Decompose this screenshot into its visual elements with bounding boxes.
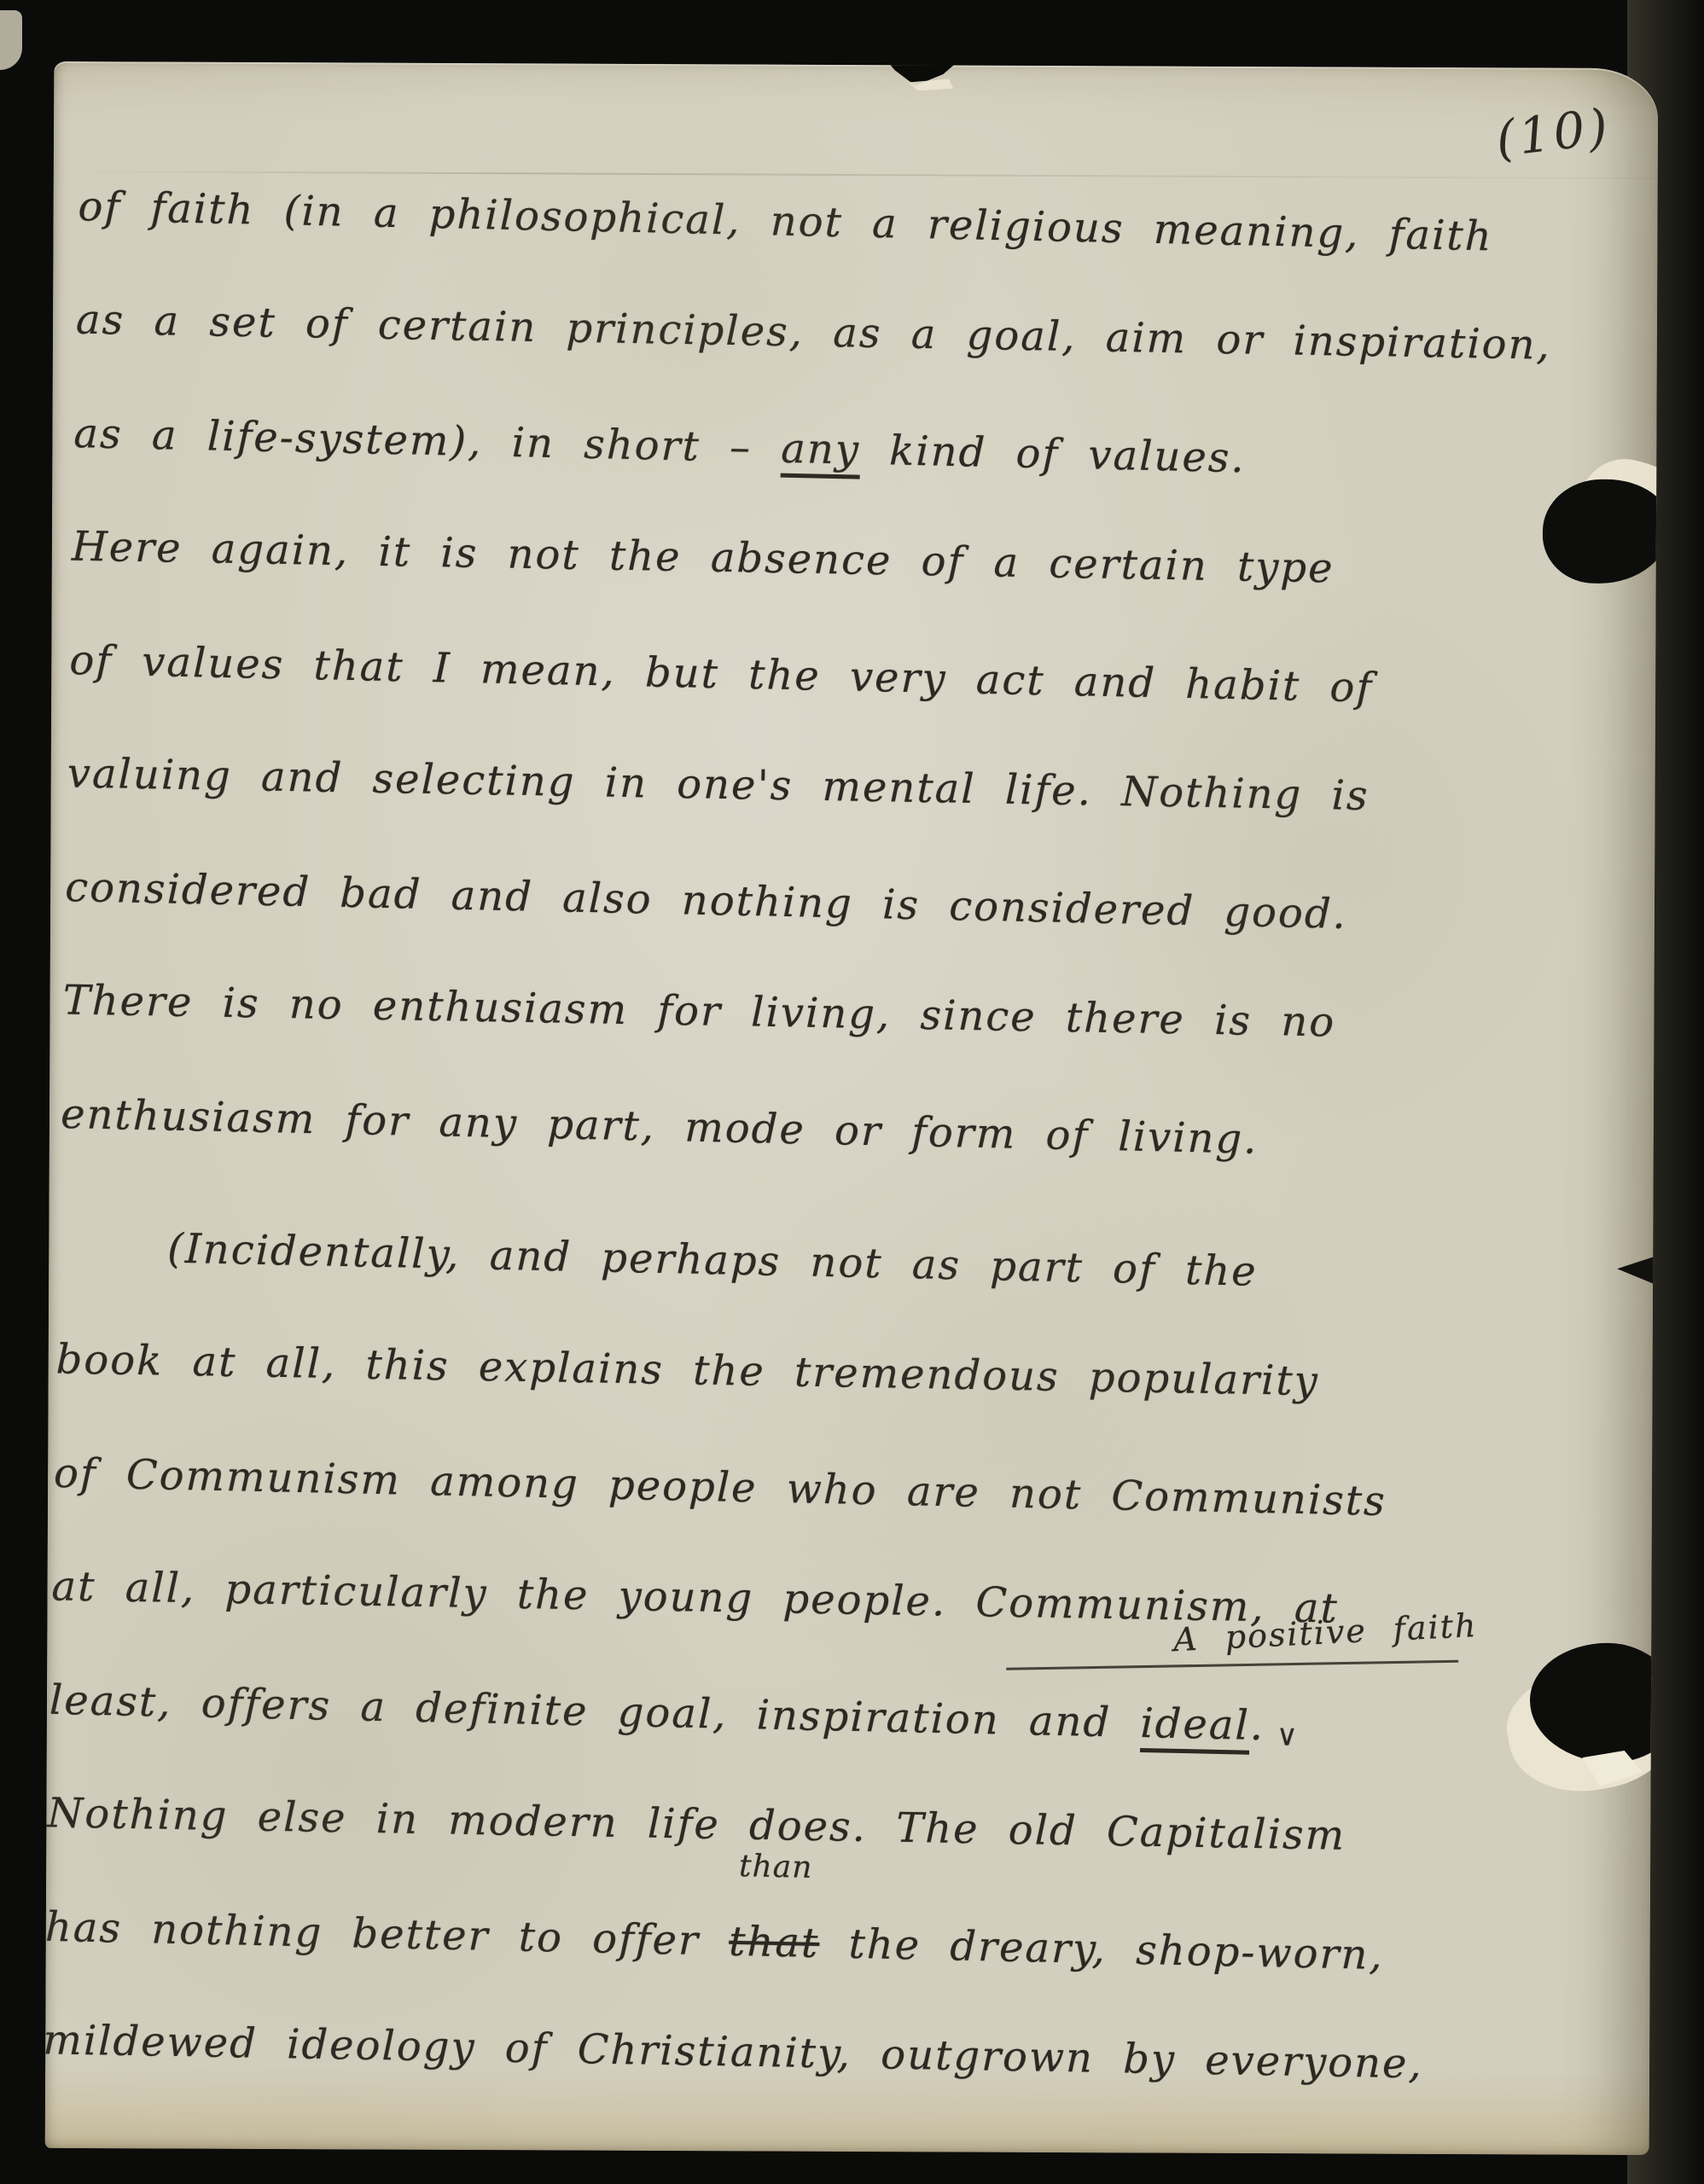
text-segment: the dreary, shop-worn, [819,1920,1385,1979]
text-segment: There is no enthusiasm for living, since… [62,976,1335,1046]
text-segment: of faith (in a philosophical, not a reli… [78,183,1493,260]
inserted-word: than [739,1851,813,1884]
text-segment: least, offers a definite goal, inspirati… [49,1676,1141,1747]
text-segment: Here again, it is not the absence of a c… [71,523,1335,593]
text-segment: kind of values. [859,427,1246,483]
insertion-caret: ∨ [1276,1718,1300,1753]
underlined-word: any [781,425,861,479]
text-segment: at all, particularly the young people. C… [51,1562,1339,1632]
text-segment: book at all, this explains the tremendou… [55,1335,1319,1405]
adjacent-page-sliver [0,10,22,70]
manuscript-page: (10) of faith (in a philosophical, not a… [45,61,1659,2155]
struck-out-word: that [729,1918,820,1967]
text-segment: Nothing else in modern life does. The ol… [47,1789,1346,1860]
corrected-word: thanthat [728,1885,821,2001]
text-segment: as a life-system), in short – [73,409,782,473]
text-segment: as a set of certain principles, as a goa… [76,296,1552,369]
underlined-word: ideal [1140,1699,1251,1755]
page-number: (10) [1492,97,1614,168]
text-segment: of values that I mean, but the very act … [69,636,1374,712]
text-segment: considered bad and also nothing is consi… [65,863,1348,938]
text-segment: mildewed ideology of Christianity, outgr… [45,2016,1424,2088]
text-segment: has nothing better to offer [45,1903,730,1966]
text-segment: enthusiasm for any part, mode or form of… [61,1090,1259,1164]
text-segment: (Incidentally, and perhaps not as part o… [167,1225,1259,1296]
text-segment: . [1249,1702,1265,1750]
handwriting-block: of faith (in a philosophical, not a reli… [45,150,1658,2128]
scan-background: (10) of faith (in a philosophical, not a… [0,0,1704,2184]
paragraph: of faith (in a philosophical, not a reli… [60,150,1658,1201]
text-segment: of Communism among people who are not Co… [54,1449,1387,1525]
paragraph: (Incidentally, and perhaps not as part o… [45,1190,1637,2128]
text-segment: valuing and selecting in one's mental li… [67,750,1370,821]
